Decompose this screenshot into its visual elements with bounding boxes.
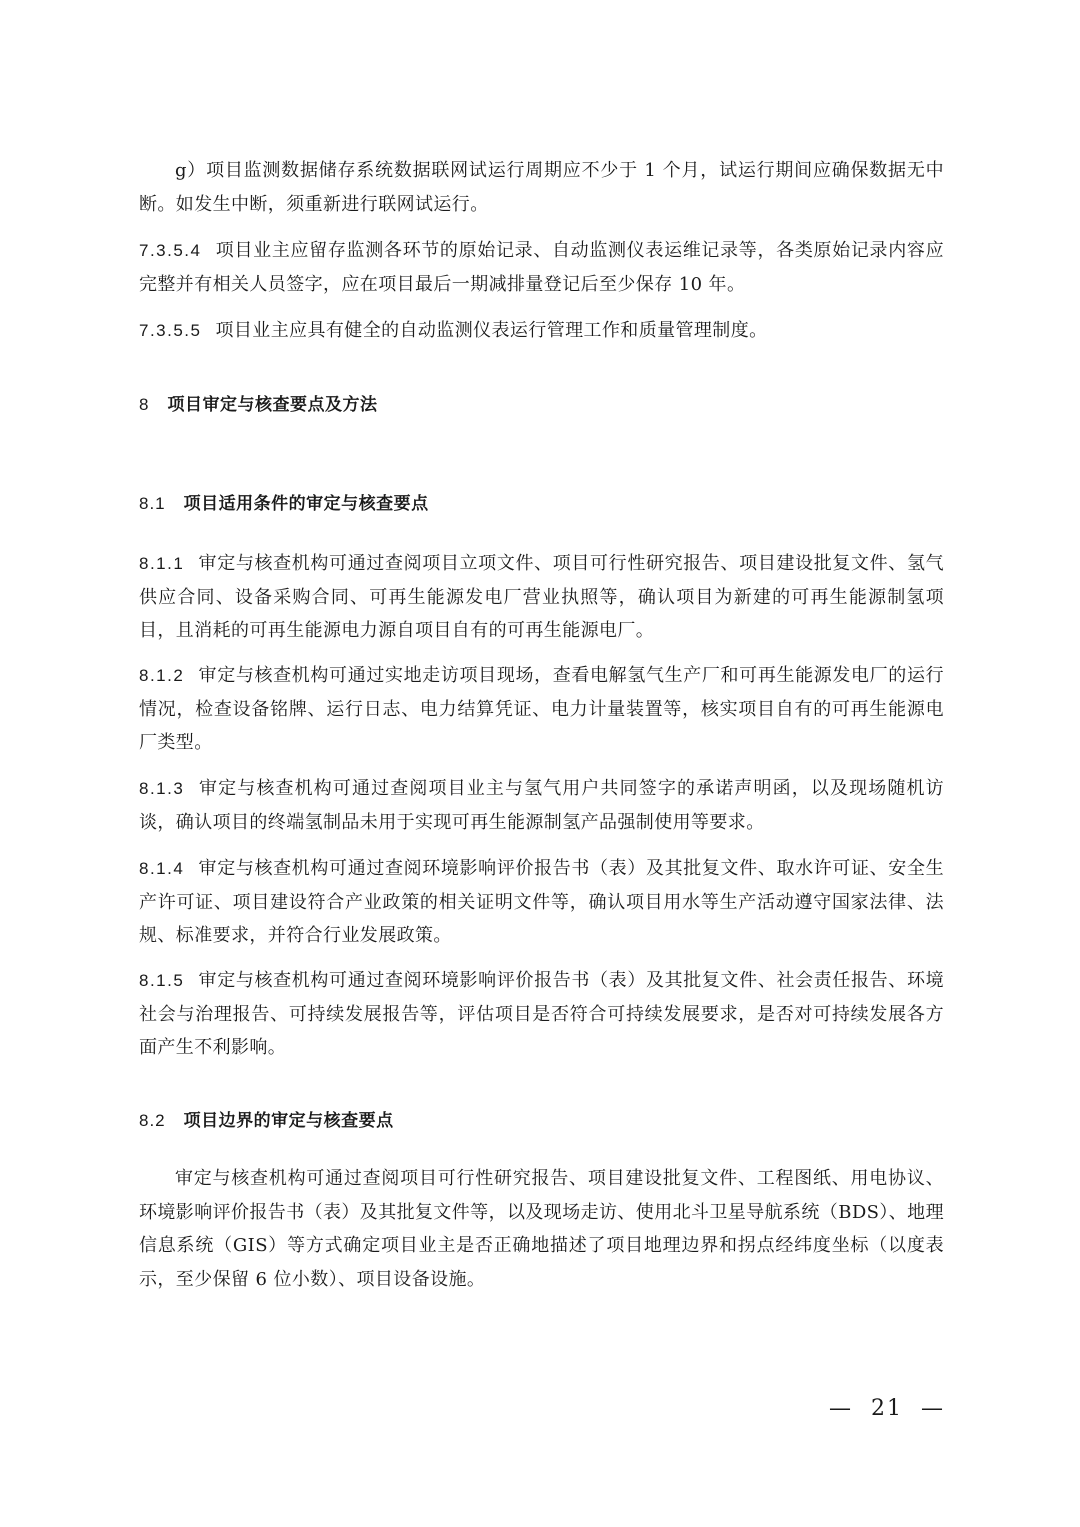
clause-number: 7.3.5.5 — [139, 321, 202, 340]
clause-number: 8.1.3 — [139, 779, 184, 798]
clause-text: 项目业主应具有健全的自动监测仪表运行管理工作和质量管理制度。 — [216, 320, 768, 341]
clause-number: 8.1.1 — [139, 554, 184, 573]
clause-8-1-5: 8.1.5审定与核查机构可通过查阅环境影响评价报告书（表）及其批复文件、社会责任… — [139, 964, 944, 1065]
section-number: 8.1 — [139, 494, 166, 513]
clause-8-1-1: 8.1.1审定与核查机构可通过查阅项目立项文件、项目可行性研究报告、项目建设批复… — [139, 547, 944, 648]
section-number: 8.2 — [139, 1111, 166, 1130]
paragraph-text: 审定与核查机构可通过查阅项目可行性研究报告、项目建设批复文件、工程图纸、用电协议… — [139, 1168, 944, 1290]
clause-number: 8.1.2 — [139, 666, 184, 685]
clause-text: 审定与核查机构可通过查阅环境影响评价报告书（表）及其批复文件、社会责任报告、环境… — [139, 970, 944, 1058]
paragraph-8-2-body: 审定与核查机构可通过查阅项目可行性研究报告、项目建设批复文件、工程图纸、用电协议… — [139, 1162, 944, 1296]
section-title: 项目边界的审定与核查要点 — [184, 1111, 394, 1131]
clause-7-3-5-5: 7.3.5.5项目业主应具有健全的自动监测仪表运行管理工作和质量管理制度。 — [139, 314, 944, 348]
section-heading-8: 8项目审定与核查要点及方法 — [139, 393, 377, 417]
section-heading-8-2: 8.2项目边界的审定与核查要点 — [139, 1109, 394, 1133]
section-heading-8-1: 8.1项目适用条件的审定与核查要点 — [139, 492, 429, 516]
clause-7-3-5-4: 7.3.5.4项目业主应留存监测各环节的原始记录、自动监测仪表运维记录等，各类原… — [139, 234, 944, 301]
clause-number: 7.3.5.4 — [139, 241, 202, 260]
page-number: — 21 — — [829, 1396, 945, 1421]
section-title: 项目审定与核查要点及方法 — [167, 395, 377, 415]
clause-8-1-4: 8.1.4审定与核查机构可通过查阅环境影响评价报告书（表）及其批复文件、取水许可… — [139, 852, 944, 953]
section-number: 8 — [139, 395, 149, 414]
section-title: 项目适用条件的审定与核查要点 — [184, 494, 429, 514]
clause-text: 审定与核查机构可通过实地走访项目现场，查看电解氢气生产厂和可再生能源发电厂的运行… — [139, 665, 944, 753]
clause-text: 审定与核查机构可通过查阅环境影响评价报告书（表）及其批复文件、取水许可证、安全生… — [139, 858, 944, 946]
paragraph-text: g）项目监测数据储存系统数据联网试运行周期应不少于 1 个月，试运行期间应确保数… — [139, 160, 944, 215]
clause-8-1-3: 8.1.3审定与核查机构可通过查阅项目业主与氢气用户共同签字的承诺声明函，以及现… — [139, 772, 944, 839]
clause-text: 审定与核查机构可通过查阅项目立项文件、项目可行性研究报告、项目建设批复文件、氢气… — [139, 553, 944, 641]
paragraph-g-monitoring-trial: g）项目监测数据储存系统数据联网试运行周期应不少于 1 个月，试运行期间应确保数… — [139, 154, 944, 221]
clause-text: 项目业主应留存监测各环节的原始记录、自动监测仪表运维记录等，各类原始记录内容应完… — [139, 240, 944, 295]
clause-number: 8.1.4 — [139, 859, 184, 878]
clause-text: 审定与核查机构可通过查阅项目业主与氢气用户共同签字的承诺声明函，以及现场随机访谈… — [139, 778, 944, 833]
clause-8-1-2: 8.1.2审定与核查机构可通过实地走访项目现场，查看电解氢气生产厂和可再生能源发… — [139, 659, 944, 760]
clause-number: 8.1.5 — [139, 971, 184, 990]
